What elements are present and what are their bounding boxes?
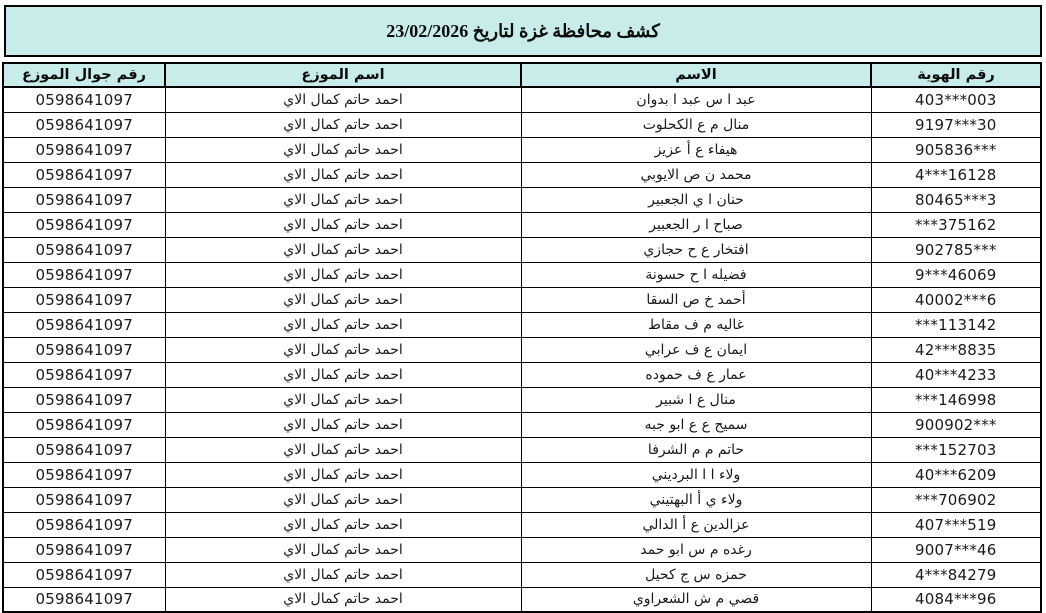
distributor-mobile-cell: 0598641097: [3, 237, 165, 262]
distributor-mobile-cell: 0598641097: [3, 437, 165, 462]
col-header-distributor-name: اسم الموزع: [165, 63, 521, 87]
table-body: 403***003عبد ا س عبد ا بدواناحمد حاتم كم…: [3, 87, 1041, 608]
name-cell: عبد ا س عبد ا بدوان: [521, 87, 871, 112]
distributor-mobile-cell: 0598641097: [3, 512, 165, 537]
name-cell: حمزه س ج كحيل: [521, 562, 871, 587]
name-cell: عمار ع ف حموده: [521, 362, 871, 387]
id-number-cell: 900902***: [871, 412, 1041, 437]
distributor-mobile-cell: 0598641097: [3, 287, 165, 312]
name-cell: رغده م س ابو حمد: [521, 537, 871, 562]
distributor-name-cell: احمد حاتم كمال الاي: [165, 312, 521, 337]
table-row: 40***6209ولاء ا ا البردينياحمد حاتم كمال…: [3, 462, 1041, 487]
distributor-name-cell: احمد حاتم كمال الاي: [165, 337, 521, 362]
id-number-cell: 902785***: [871, 237, 1041, 262]
id-number-cell: ***113142: [871, 312, 1041, 337]
table-row: ***146998منال ع ا شبيراحمد حاتم كمال الا…: [3, 387, 1041, 412]
id-number-cell: 905836***: [871, 137, 1041, 162]
distributor-mobile-cell: 0598641097: [3, 212, 165, 237]
distributor-name-cell: احمد حاتم كمال الاي: [165, 212, 521, 237]
distributor-name-cell: احمد حاتم كمال الاي: [165, 512, 521, 537]
table-row: 9007***46رغده م س ابو حمداحمد حاتم كمال …: [3, 537, 1041, 562]
table-row: 900902***سميح ع ع ابو جبهاحمد حاتم كمال …: [3, 412, 1041, 437]
distributor-mobile-cell: 0598641097: [3, 312, 165, 337]
name-cell: منال م ع الكحلوت: [521, 112, 871, 137]
table-row: 40002***6أحمد خ ص السقااحمد حاتم كمال ال…: [3, 287, 1041, 312]
id-number-cell: 9197***30: [871, 112, 1041, 137]
table-row: 80465***3حنان ا ي الجعبيراحمد حاتم كمال …: [3, 187, 1041, 212]
name-cell: فضيله ا ح حسونة: [521, 262, 871, 287]
distributor-name-cell: احمد حاتم كمال الاي: [165, 162, 521, 187]
id-number-cell: 4***16128: [871, 162, 1041, 187]
distributor-mobile-cell: 0598641097: [3, 162, 165, 187]
distributor-mobile-cell: 0598641097: [3, 537, 165, 562]
table-row: 9***46069فضيله ا ح حسونةاحمد حاتم كمال ا…: [3, 262, 1041, 287]
name-cell: محمد ن ص الايوبي: [521, 162, 871, 187]
id-number-cell: 42***8835: [871, 337, 1041, 362]
table-row: 403***003عبد ا س عبد ا بدواناحمد حاتم كم…: [3, 87, 1041, 112]
id-number-cell: 403***003: [871, 87, 1041, 112]
name-cell: افتخار ع ح حجازي: [521, 237, 871, 262]
id-number-cell: 9007***46: [871, 537, 1041, 562]
table-row: 407***519عزالدين ع أ الدالياحمد حاتم كما…: [3, 512, 1041, 537]
name-cell: هيفاء ع أ عزيز: [521, 137, 871, 162]
table-row: 9197***30منال م ع الكحلوتاحمد حاتم كمال …: [3, 112, 1041, 137]
col-header-name: الاسم: [521, 63, 871, 87]
table-row: ***706902ولاء ي أ البهتينياحمد حاتم كمال…: [3, 487, 1041, 512]
id-number-cell: 40***4233: [871, 362, 1041, 387]
distributor-mobile-cell: 0598641097: [3, 362, 165, 387]
distributor-mobile-cell: 0598641097: [3, 87, 165, 112]
table-row: 4***16128محمد ن ص الايوبياحمد حاتم كمال …: [3, 162, 1041, 187]
distributor-mobile-cell: 0598641097: [3, 187, 165, 212]
distribution-table: رقم الهوية الاسم اسم الموزع رقم جوال الم…: [2, 62, 1042, 608]
col-header-distributor-mobile: رقم جوال الموزع: [3, 63, 165, 87]
table-row: 42***8835ايمان ع ف عرابياحمد حاتم كمال ا…: [3, 337, 1041, 362]
name-cell: حاتم م م الشرفا: [521, 437, 871, 462]
distributor-name-cell: احمد حاتم كمال الاي: [165, 437, 521, 462]
id-number-cell: 80465***3: [871, 187, 1041, 212]
distributor-name-cell: احمد حاتم كمال الاي: [165, 487, 521, 512]
id-number-cell: ***152703: [871, 437, 1041, 462]
distributor-name-cell: احمد حاتم كمال الاي: [165, 387, 521, 412]
distributor-name-cell: احمد حاتم كمال الاي: [165, 587, 521, 608]
table-row: 40***4233عمار ع ف حمودهاحمد حاتم كمال ال…: [3, 362, 1041, 387]
distributor-mobile-cell: 0598641097: [3, 112, 165, 137]
id-number-cell: 40***6209: [871, 462, 1041, 487]
sheet-title: كشف محافظة غزة لتاريخ 23/02/2026: [4, 5, 1042, 57]
table-row: 4084***96قصي م ش الشعراوياحمد حاتم كمال …: [3, 587, 1041, 608]
distributor-name-cell: احمد حاتم كمال الاي: [165, 537, 521, 562]
id-number-cell: ***146998: [871, 387, 1041, 412]
id-number-cell: 4084***96: [871, 587, 1041, 608]
distributor-name-cell: احمد حاتم كمال الاي: [165, 187, 521, 212]
name-cell: أحمد خ ص السقا: [521, 287, 871, 312]
id-number-cell: ***375162: [871, 212, 1041, 237]
distributor-mobile-cell: 0598641097: [3, 487, 165, 512]
distributor-name-cell: احمد حاتم كمال الاي: [165, 87, 521, 112]
col-header-id-number: رقم الهوية: [871, 63, 1041, 87]
distributor-name-cell: احمد حاتم كمال الاي: [165, 262, 521, 287]
gaza-distribution-sheet: كشف محافظة غزة لتاريخ 23/02/2026 رقم اله…: [4, 5, 1042, 608]
distributor-mobile-cell: 0598641097: [3, 412, 165, 437]
table-row: ***152703حاتم م م الشرفااحمد حاتم كمال ا…: [3, 437, 1041, 462]
distributor-name-cell: احمد حاتم كمال الاي: [165, 412, 521, 437]
distributor-mobile-cell: 0598641097: [3, 587, 165, 608]
distributor-name-cell: احمد حاتم كمال الاي: [165, 237, 521, 262]
name-cell: قصي م ش الشعراوي: [521, 587, 871, 608]
distributor-name-cell: احمد حاتم كمال الاي: [165, 562, 521, 587]
distributor-name-cell: احمد حاتم كمال الاي: [165, 287, 521, 312]
id-number-cell: ***706902: [871, 487, 1041, 512]
distributor-name-cell: احمد حاتم كمال الاي: [165, 462, 521, 487]
distributor-name-cell: احمد حاتم كمال الاي: [165, 362, 521, 387]
id-number-cell: 9***46069: [871, 262, 1041, 287]
table-row: ***113142غاليه م ف مقاطاحمد حاتم كمال ال…: [3, 312, 1041, 337]
distributor-name-cell: احمد حاتم كمال الاي: [165, 137, 521, 162]
id-number-cell: 407***519: [871, 512, 1041, 537]
name-cell: ولاء ي أ البهتيني: [521, 487, 871, 512]
name-cell: عزالدين ع أ الدالي: [521, 512, 871, 537]
distributor-name-cell: احمد حاتم كمال الاي: [165, 112, 521, 137]
id-number-cell: 4***84279: [871, 562, 1041, 587]
name-cell: غاليه م ف مقاط: [521, 312, 871, 337]
name-cell: ولاء ا ا البرديني: [521, 462, 871, 487]
distributor-mobile-cell: 0598641097: [3, 137, 165, 162]
distributor-mobile-cell: 0598641097: [3, 462, 165, 487]
id-number-cell: 40002***6: [871, 287, 1041, 312]
name-cell: ايمان ع ف عرابي: [521, 337, 871, 362]
table-row: 905836***هيفاء ع أ عزيزاحمد حاتم كمال ال…: [3, 137, 1041, 162]
distributor-mobile-cell: 0598641097: [3, 262, 165, 287]
header-row: رقم الهوية الاسم اسم الموزع رقم جوال الم…: [3, 63, 1041, 87]
distributor-mobile-cell: 0598641097: [3, 562, 165, 587]
distributor-mobile-cell: 0598641097: [3, 387, 165, 412]
table-row: 4***84279حمزه س ج كحيلاحمد حاتم كمال الا…: [3, 562, 1041, 587]
name-cell: صباح ا ر الجعبير: [521, 212, 871, 237]
name-cell: منال ع ا شبير: [521, 387, 871, 412]
table-row: 902785***افتخار ع ح حجازياحمد حاتم كمال …: [3, 237, 1041, 262]
name-cell: حنان ا ي الجعبير: [521, 187, 871, 212]
table-row: ***375162صباح ا ر الجعبيراحمد حاتم كمال …: [3, 212, 1041, 237]
distributor-mobile-cell: 0598641097: [3, 337, 165, 362]
name-cell: سميح ع ع ابو جبه: [521, 412, 871, 437]
